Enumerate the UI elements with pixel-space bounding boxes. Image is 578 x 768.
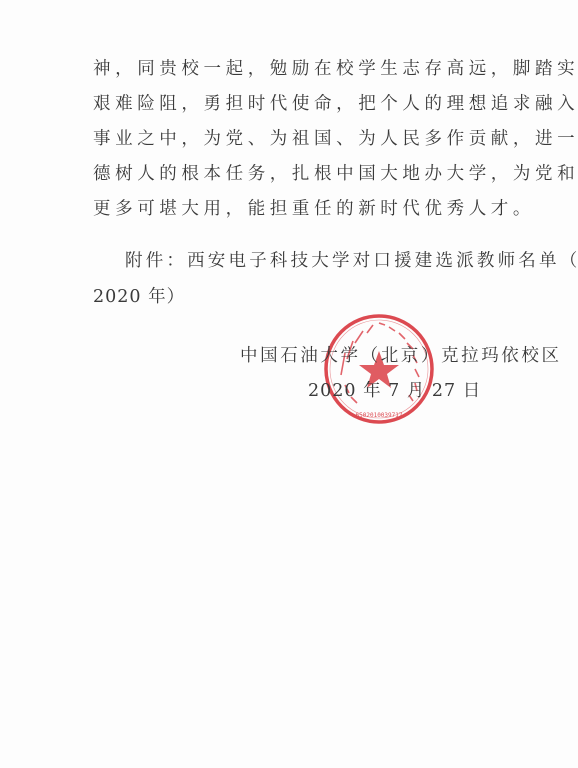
svg-text:6502010039717: 6502010039717 [356,412,403,419]
body-line-5: 更多可堪大用，能担重任的新时代优秀人才。 [93,198,535,220]
body-line-1: 神，同贵校一起，勉励在校学生志存高远，脚踏实地，不畏 [93,58,578,80]
official-seal-icon: 6502010039717 [323,313,435,425]
body-line-4: 德树人的根本任务，扎根中国大地办大学，为党和人民培养 [93,163,578,185]
document-page: 神，同贵校一起，勉励在校学生志存高远，脚踏实地，不畏 艰难险阻，勇担时代使命，把… [0,0,578,768]
attachment-line-1: 附件：西安电子科技大学对口援建选派教师名单（2018- [125,250,578,272]
attachment-line-2: 2020 年） [93,286,185,308]
body-line-3: 事业之中，为党、为祖国、为人民多作贡献，进一步落实立 [93,128,578,150]
body-line-2: 艰难险阻，勇担时代使命，把个人的理想追求融入党和国家 [93,93,578,115]
signature-date: 2020 年 7 月 27 日 [308,377,481,402]
signature-organization: 中国石油大学（北京）克拉玛依校区 [240,342,562,367]
